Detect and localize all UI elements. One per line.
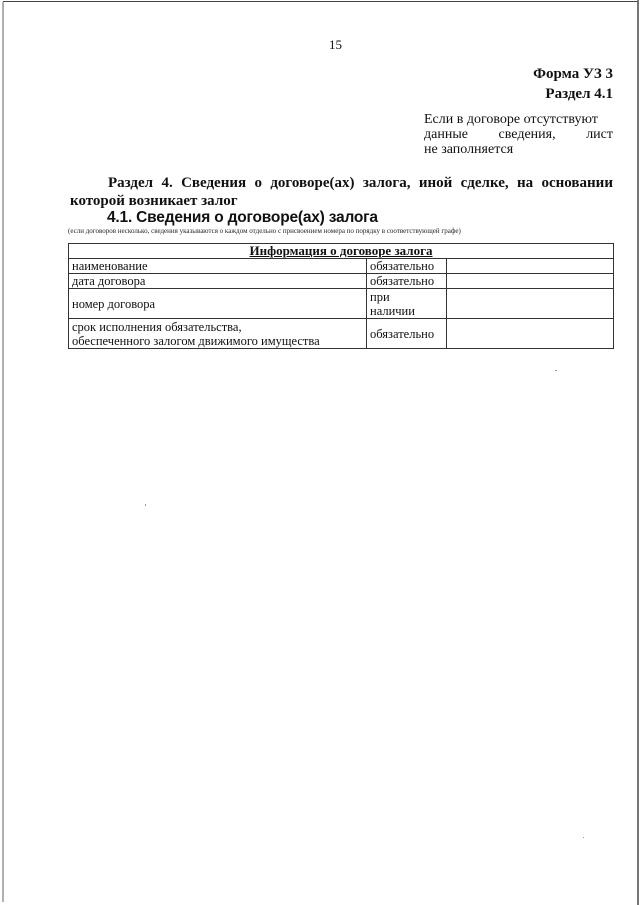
field-label: срок исполнения обязательства, обеспечен… [69,319,367,349]
title-word: на [517,174,533,192]
title-word: Раздел [108,174,153,192]
title-word: о [254,174,262,192]
fill-note: Если в договоре отсутствуют данные сведе… [424,112,613,157]
scan-speck [583,837,584,838]
title-word: 4. [161,174,172,192]
requirement-line: наличии [370,304,443,318]
scan-speck [555,370,557,371]
title-word: иной [419,174,452,192]
section-code: Раздел 4.1 [533,84,613,104]
note-line-1: Если в договоре отсутствуют [424,112,613,127]
note-word: лист [586,127,613,142]
title-word: основании [542,174,613,192]
title-word: договоре(ах) [270,174,354,192]
value-cell-name[interactable] [447,259,614,274]
form-code-block: Форма УЗ 3 Раздел 4.1 [533,64,613,104]
scan-edge-top [3,1,637,2]
note-line-3: не заполняется [424,142,613,157]
value-cell-term[interactable] [447,319,614,349]
table-header: Информация о договоре залога [69,244,614,259]
table-row: номер договора при наличии [69,289,614,319]
scan-edge-left [2,2,4,902]
requirement-label: при наличии [367,289,447,319]
field-label: номер договора [69,289,367,319]
requirement-line: при [370,290,443,304]
value-cell-number[interactable] [447,289,614,319]
table-header-row: Информация о договоре залога [69,244,614,259]
scan-speck [145,504,146,506]
title-word: Сведения [181,174,246,192]
note-word: данные [424,127,468,142]
pledge-agreement-table: Информация о договоре залога наименовани… [68,243,614,349]
requirement-label: обязательно [367,319,447,349]
section-title: Раздел 4. Сведения о договоре(ах) залога… [70,174,613,210]
table-row: наименование обязательно [69,259,614,274]
value-cell-date[interactable] [447,274,614,289]
note-word: сведения, [499,127,556,142]
field-label: дата договора [69,274,367,289]
table-row: срок исполнения обязательства, обеспечен… [69,319,614,349]
title-word: залога, [363,174,411,192]
subsection-title: 4.1. Сведения о договоре(ах) залога [107,209,378,227]
section-title-line-2: которой возникает залог [70,192,613,210]
field-label: наименование [69,259,367,274]
page-number: 15 [329,37,342,53]
subsection-note: (если договоров несколько, сведения указ… [68,227,461,235]
requirement-label: обязательно [367,259,447,274]
title-word: сделке, [461,174,509,192]
field-line: срок исполнения обязательства, [72,320,363,334]
form-code: Форма УЗ 3 [533,64,613,84]
scan-edge-right [637,0,639,905]
section-title-line-1: Раздел 4. Сведения о договоре(ах) залога… [70,174,613,192]
note-line-2: данные сведения, лист [424,127,613,142]
table-row: дата договора обязательно [69,274,614,289]
requirement-label: обязательно [367,274,447,289]
field-line: обеспеченного залогом движимого имуществ… [72,334,363,348]
